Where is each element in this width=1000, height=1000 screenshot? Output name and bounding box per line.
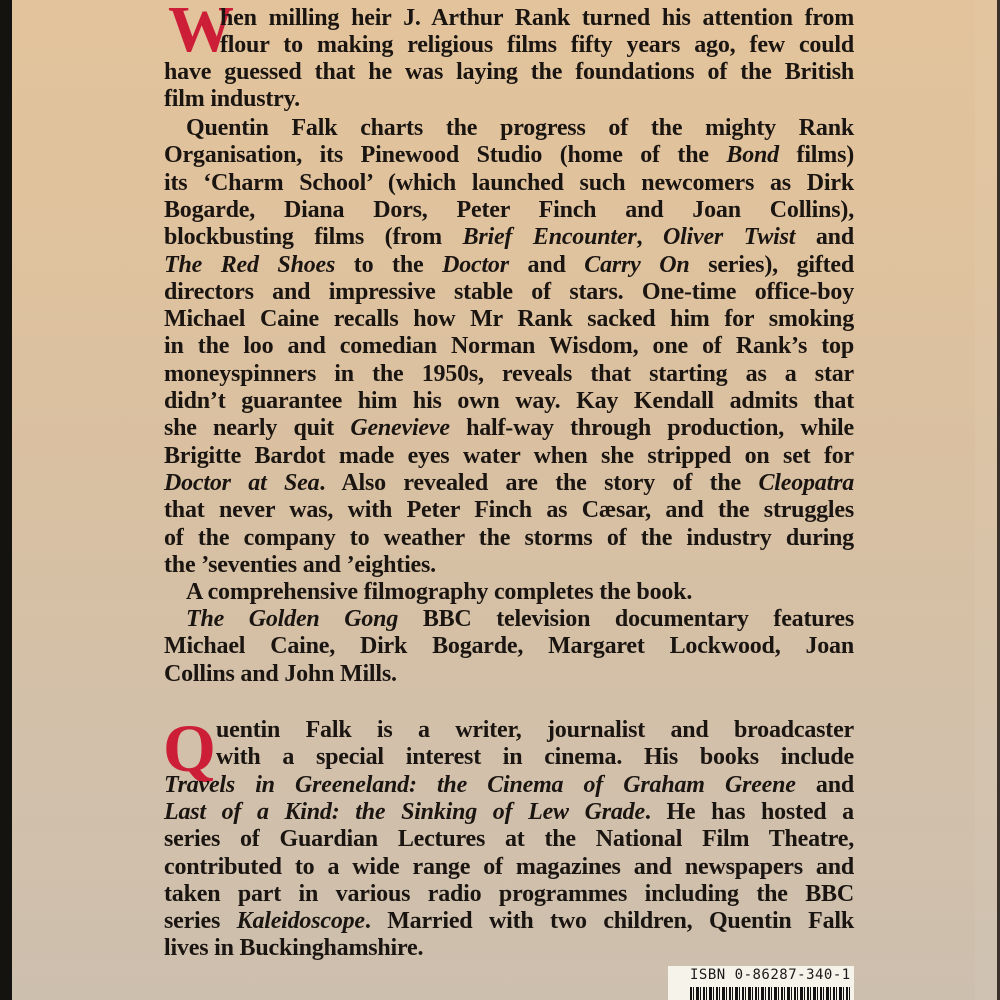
italic-title: Doctor bbox=[442, 252, 509, 278]
summary-line: its ‘Charm School’ (which launched such … bbox=[164, 170, 854, 197]
blurb-line: hen milling heir J. Arthur Rank turned h… bbox=[164, 5, 854, 32]
bio-line: series Kaleidoscope. Married with two ch… bbox=[164, 908, 854, 935]
cover-edge-left bbox=[0, 0, 12, 1000]
summary-line: that never was, with Peter Finch as Cæsa… bbox=[164, 497, 854, 524]
italic-title: Carry On bbox=[584, 252, 689, 278]
summary-line: Quentin Falk charts the progress of the … bbox=[164, 115, 854, 142]
summary-line: Bogarde, Diana Dors, Peter Finch and Joa… bbox=[164, 197, 854, 224]
bio-line: with a special interest in cinema. His b… bbox=[164, 744, 854, 771]
isbn-number: ISBN 0-86287-340-1 bbox=[690, 967, 851, 983]
italic-title: Bond bbox=[726, 142, 779, 168]
blurb-line: flour to making religious films fifty ye… bbox=[164, 32, 854, 59]
bio-line: lives in Buckinghamshire. bbox=[164, 935, 854, 962]
summary-line: didn’t guarantee him his own way. Kay Ke… bbox=[164, 388, 854, 415]
italic-title: The Red Shoes bbox=[164, 252, 335, 278]
summary-line: Doctor at Sea. Also revealed are the sto… bbox=[164, 470, 854, 497]
italic-title: Genevieve bbox=[350, 415, 449, 441]
documentary-line: Michael Caine, Dirk Bogarde, Margaret Lo… bbox=[164, 633, 854, 660]
summary-line: of the company to weather the storms of … bbox=[164, 525, 854, 552]
italic-title: Kaleidoscope bbox=[237, 908, 365, 934]
italic-title: Travels in Greeneland: the Cinema of Gra… bbox=[164, 772, 796, 798]
filmography-note: A comprehensive filmography completes th… bbox=[164, 579, 854, 606]
bio-line: Travels in Greeneland: the Cinema of Gra… bbox=[164, 772, 854, 799]
italic-title: The Golden Gong bbox=[186, 606, 398, 632]
italic-title: Cleopatra bbox=[758, 470, 854, 496]
isbn-barcode-label: ISBN 0-86287-340-1 bbox=[668, 966, 854, 1000]
blurb-line: have guessed that he was laying the foun… bbox=[164, 59, 854, 86]
barcode-icon bbox=[690, 987, 850, 1000]
bio-line: uentin Falk is a writer, journalist and … bbox=[164, 717, 854, 744]
summary-line: Organisation, its Pinewood Studio (home … bbox=[164, 142, 854, 169]
italic-title: Brief Encounter bbox=[463, 224, 637, 250]
bio-line: series of Guardian Lectures at the Natio… bbox=[164, 826, 854, 853]
bio-line: taken part in various radio programmes i… bbox=[164, 881, 854, 908]
cover-shade-right bbox=[975, 0, 997, 1000]
blurb-line: film industry. bbox=[164, 86, 854, 113]
summary-line: directors and impressive stable of stars… bbox=[164, 279, 854, 306]
documentary-line: Collins and John Mills. bbox=[164, 661, 854, 688]
bio-line: contributed to a wide range of magazines… bbox=[164, 854, 854, 881]
documentary-line: The Golden Gong BBC television documenta… bbox=[164, 606, 854, 633]
italic-title: Last of a Kind: the Sinking of Lew Grade bbox=[164, 799, 645, 825]
summary-line: Brigitte Bardot made eyes water when she… bbox=[164, 443, 854, 470]
summary-line: in the loo and comedian Norman Wisdom, o… bbox=[164, 333, 854, 360]
summary-line: The Red Shoes to the Doctor and Carry On… bbox=[164, 252, 854, 279]
summary-line: she nearly quit Genevieve half-way throu… bbox=[164, 415, 854, 442]
italic-title: Oliver Twist bbox=[663, 224, 795, 250]
summary-line: blockbusting films (from Brief Encounter… bbox=[164, 224, 854, 251]
summary-line: moneyspinners in the 1950s, reveals that… bbox=[164, 361, 854, 388]
summary-line: the ’seventies and ’eighties. bbox=[164, 552, 854, 579]
bio-line: Last of a Kind: the Sinking of Lew Grade… bbox=[164, 799, 854, 826]
summary-line: Michael Caine recalls how Mr Rank sacked… bbox=[164, 306, 854, 333]
italic-title: Doctor at Sea bbox=[164, 470, 319, 496]
